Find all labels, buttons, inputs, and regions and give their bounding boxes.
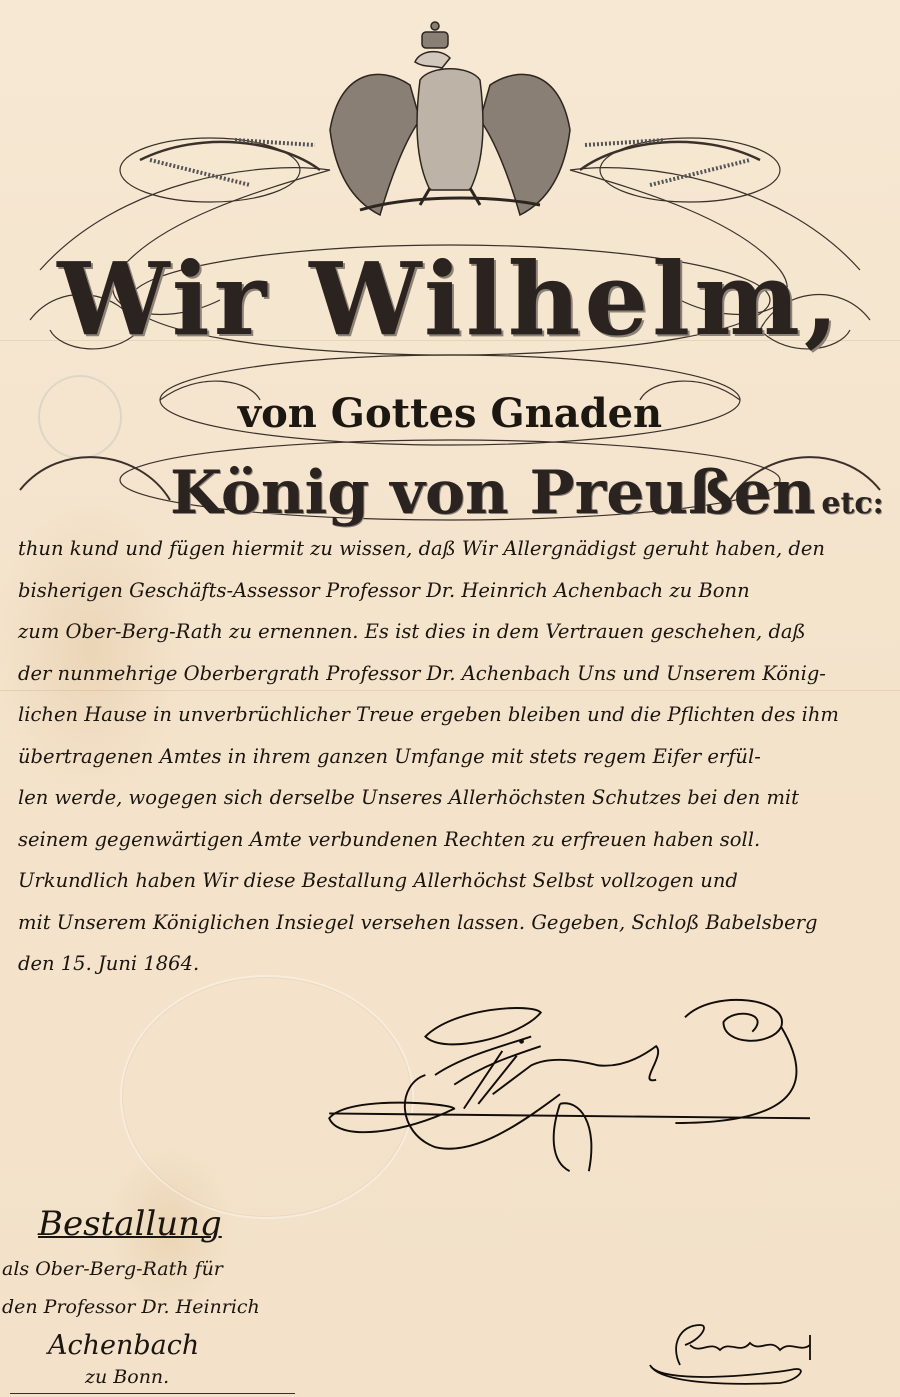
- body-line: bisherigen Geschäfts-Assessor Professor …: [18, 570, 898, 612]
- address-name: Achenbach: [48, 1330, 199, 1361]
- body-line: mit Unserem Königlichen Insiegel versehe…: [18, 902, 898, 944]
- countersignature-icon: [640, 1315, 840, 1385]
- royal-signature-icon: [310, 975, 810, 1175]
- body-line: Urkundlich haben Wir diese Bestallung Al…: [18, 860, 898, 902]
- body-line: seinem gegenwärtigen Amte verbundenen Re…: [18, 819, 898, 861]
- body-line: thun kund und fügen hiermit zu wissen, d…: [18, 528, 898, 570]
- address-line: den Professor Dr. Heinrich: [2, 1296, 260, 1318]
- appointment-body-text: thun kund und fügen hiermit zu wissen, d…: [18, 528, 898, 985]
- body-line: der nunmehrige Oberbergrath Professor Dr…: [18, 653, 898, 695]
- body-line: lichen Hause in unverbrüchlicher Treue e…: [18, 694, 898, 736]
- address-heading: Bestallung: [38, 1204, 222, 1244]
- title-etc: etc:: [821, 486, 883, 521]
- title-king-text: König von Preußen: [170, 458, 815, 528]
- address-place: zu Bonn.: [85, 1366, 169, 1388]
- title-wir-wilhelm: Wir Wilhelm,: [0, 240, 900, 358]
- divider: [10, 1393, 295, 1394]
- body-line: len werde, wogegen sich derselbe Unseres…: [18, 777, 898, 819]
- document-page: Wir Wilhelm, von Gottes Gnaden König von…: [0, 0, 900, 1397]
- body-line: zum Ober-Berg-Rath zu ernennen. Es ist d…: [18, 611, 898, 653]
- body-line: übertragenen Amtes in ihrem ganzen Umfan…: [18, 736, 898, 778]
- title-koenig-von-preussen: König von Preußenetc:: [170, 458, 884, 528]
- address-line: als Ober-Berg-Rath für: [2, 1258, 223, 1280]
- prussian-eagle-emblem-icon: [320, 10, 580, 230]
- title-von-gottes-gnaden: von Gottes Gnaden: [0, 390, 900, 437]
